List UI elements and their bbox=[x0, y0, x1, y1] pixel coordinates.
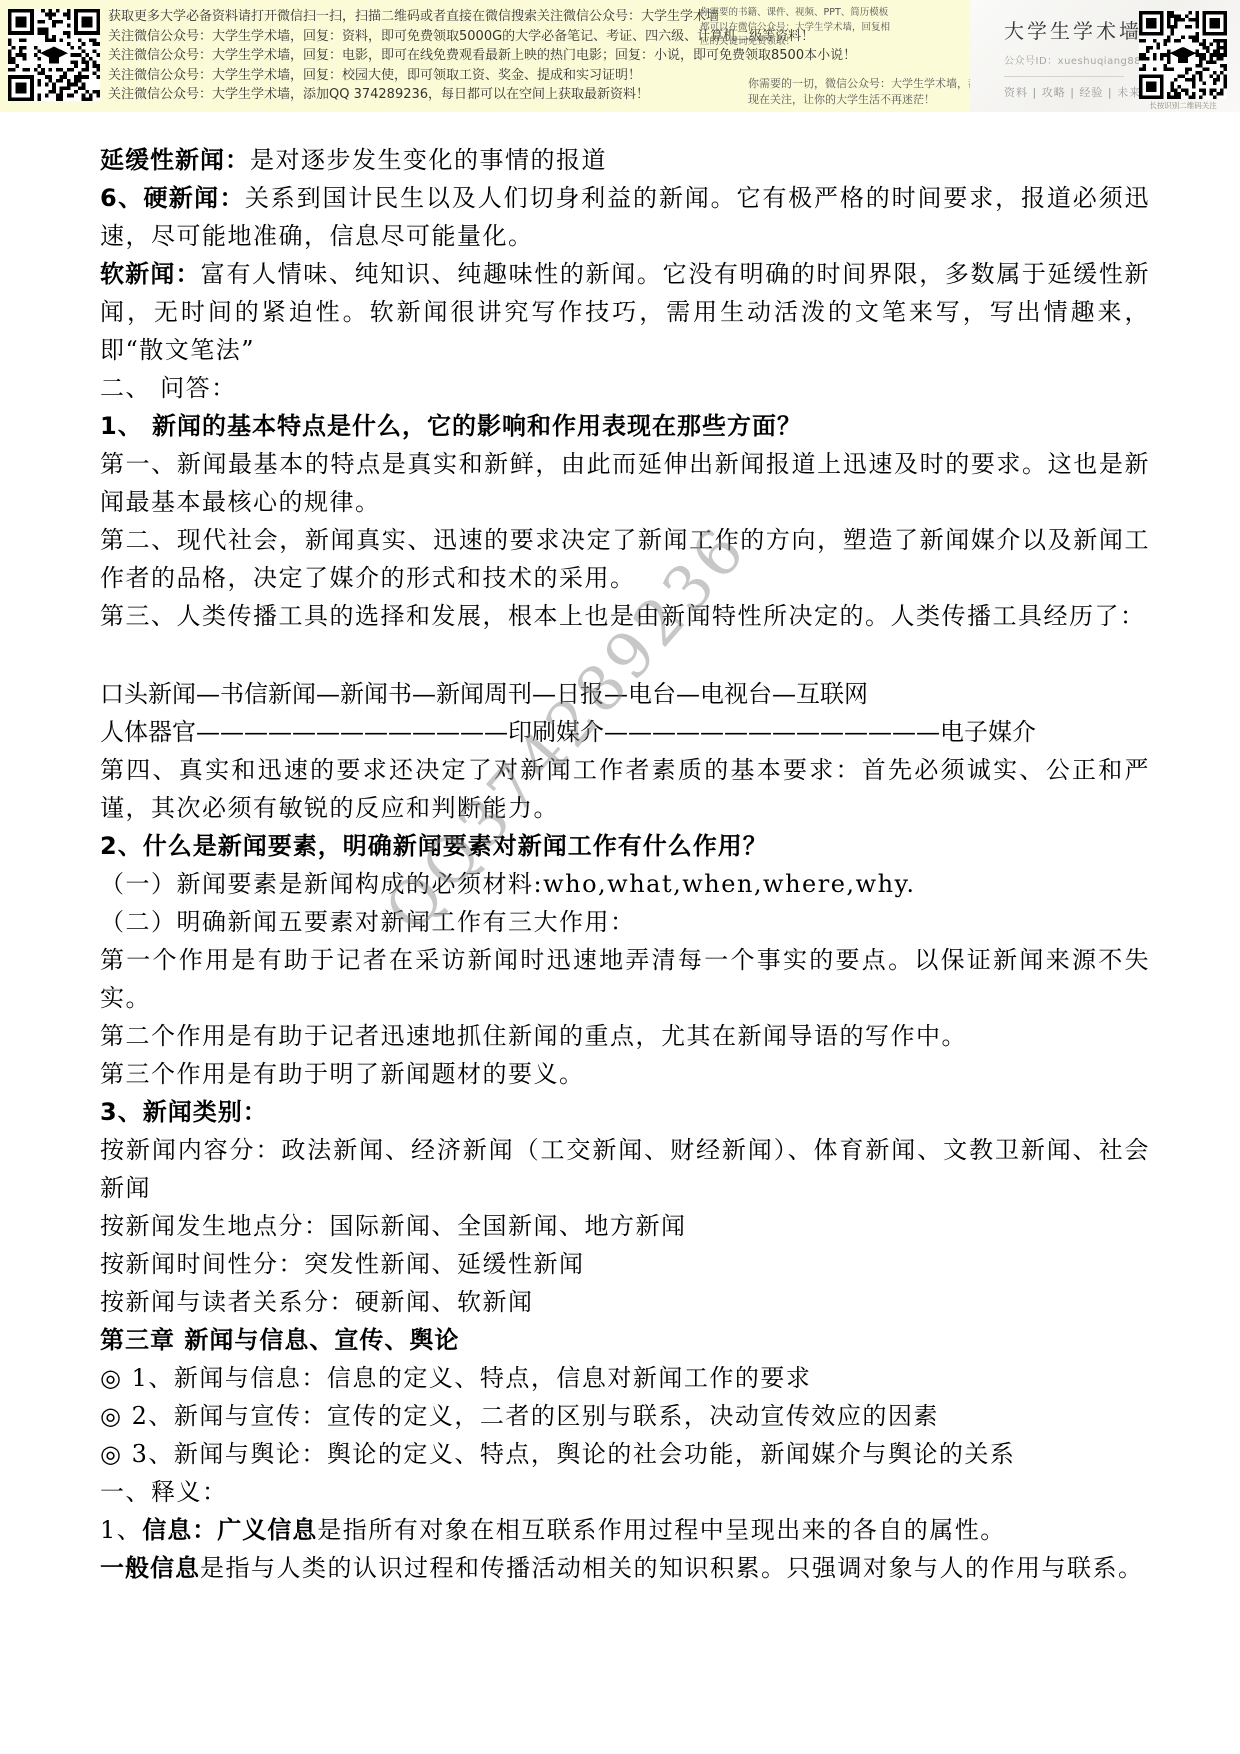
note-line: 你需要的一切，微信公众号：大学生学术墙，都有！ bbox=[748, 76, 1001, 92]
qr-code-left bbox=[8, 9, 100, 101]
qr-caption: 长按识别二维码关注 bbox=[1134, 100, 1232, 111]
paragraph: 第四、真实和迅速的要求还决定了对新闻工作者素质的基本要求：首先必须诚实、公正和严… bbox=[100, 751, 1150, 827]
body-text: 按新闻内容分：政法新闻、经济新闻（工交新闻、财经新闻）、体育新闻、文教卫新闻、社… bbox=[100, 1136, 1150, 1202]
qr-code-right bbox=[1139, 11, 1227, 99]
body-text: 是指与人类的认识过程和传播活动相关的知识积累。只强调对象与人的作用与联系。 bbox=[200, 1554, 1144, 1582]
bold-text: 信息：广义信息 bbox=[142, 1516, 317, 1544]
note-line: 现在关注，让你的大学生活不再迷茫！ bbox=[748, 92, 1001, 108]
paragraph: 第二、现代社会，新闻真实、迅速的要求决定了新闻工作的方向，塑造了新闻媒介以及新闻… bbox=[100, 521, 1150, 597]
bold-text: 软新闻： bbox=[100, 260, 201, 288]
body-text: 第四、真实和迅速的要求还决定了对新闻工作者素质的基本要求：首先必须诚实、公正和严… bbox=[100, 756, 1150, 822]
paragraph: 延缓性新闻：是对逐步发生变化的事情的报道 bbox=[100, 141, 1150, 179]
body-text: 关系到国计民生以及人们切身利益的新闻。它有极严格的时间要求，报道必须迅速，尽可能… bbox=[100, 184, 1150, 250]
paragraph-spacer bbox=[100, 635, 1150, 675]
body-text: 第三个作用是有助于明了新闻题材的要义。 bbox=[100, 1060, 585, 1088]
paragraph: 3、新闻类别： bbox=[100, 1093, 1150, 1131]
note-line: 都可以在微信公众号：大学生学术墙，回复相 bbox=[700, 21, 890, 36]
paragraph: 6、硬新闻：关系到国计民生以及人们切身利益的新闻。它有极严格的时间要求，报道必须… bbox=[100, 179, 1150, 255]
note-line: 应的关键词免费领取！ bbox=[700, 35, 890, 50]
paragraph: 2、什么是新闻要素，明确新闻要素对新闻工作有什么作用？ bbox=[100, 827, 1150, 865]
paragraph: 软新闻：富有人情味、纯知识、纯趣味性的新闻。它没有明确的时间界限，多数属于延缓性… bbox=[100, 255, 1150, 369]
paragraph: 第三、人类传播工具的选择和发展，根本上也是由新闻特性所决定的。人类传播工具经历了… bbox=[100, 597, 1150, 635]
paragraph: 二、 问答： bbox=[100, 369, 1150, 407]
body-text: 第一、新闻最基本的特点是真实和新鲜，由此而延伸出新闻报道上迅速及时的要求。这也是… bbox=[100, 450, 1150, 516]
body-text: （二）明确新闻五要素对新闻工作有三大作用： bbox=[100, 908, 636, 936]
bold-text: 3、新闻类别： bbox=[100, 1098, 268, 1126]
body-text: 按新闻与读者关系分：硬新闻、软新闻 bbox=[100, 1288, 534, 1316]
body-text: 按新闻时间性分：突发性新闻、延缓性新闻 bbox=[100, 1250, 585, 1278]
paragraph: 口头新闻—书信新闻—新闻书—新闻周刊—日报—电台—电视台—互联网 bbox=[100, 675, 1150, 713]
paragraph: 人体器官—————————————印刷媒介——————————————电子媒介 bbox=[100, 713, 1150, 751]
right-note-bottom: 你需要的一切，微信公众号：大学生学术墙，都有！现在关注，让你的大学生活不再迷茫！ bbox=[748, 76, 1001, 108]
body-text: 第三、人类传播工具的选择和发展，根本上也是由新闻特性所决定的。人类传播工具经历了… bbox=[100, 602, 1146, 630]
body-text: 口头新闻—书信新闻—新闻书—新闻周刊—日报—电台—电视台—互联网 bbox=[100, 680, 868, 708]
paragraph: 一、释义： bbox=[100, 1473, 1150, 1511]
body-text: ◎ 2、新闻与宣传：宣传的定义，二者的区别与联系，决动宣传效应的因素 bbox=[100, 1402, 939, 1430]
body-text: 第二、现代社会，新闻真实、迅速的要求决定了新闻工作的方向，塑造了新闻媒介以及新闻… bbox=[100, 526, 1150, 592]
body-text: ◎ 1、新闻与信息：信息的定义、特点，信息对新闻工作的要求 bbox=[100, 1364, 811, 1392]
paragraph: 1、信息：广义信息是指所有对象在相互联系作用过程中呈现出来的各自的属性。 bbox=[100, 1511, 1150, 1549]
document-body: 延缓性新闻：是对逐步发生变化的事情的报道6、硬新闻：关系到国计民生以及人们切身利… bbox=[100, 141, 1150, 1587]
body-text: 第二个作用是有助于记者迅速地抓住新闻的重点，尤其在新闻导语的写作中。 bbox=[100, 1022, 967, 1050]
paragraph: 第三章 新闻与信息、宣传、舆论 bbox=[100, 1321, 1150, 1359]
body-text: 富有人情味、纯知识、纯趣味性的新闻。它没有明确的时间界限，多数属于延缓性新闻，无… bbox=[100, 260, 1150, 364]
body-text: 二、 问答： bbox=[100, 374, 237, 402]
paragraph: 第一个作用是有助于记者在采访新闻时迅速地弄清每一个事实的要点。以保证新闻来源不失… bbox=[100, 941, 1150, 1017]
paragraph: 按新闻时间性分：突发性新闻、延缓性新闻 bbox=[100, 1245, 1150, 1283]
body-text: 一、释义： bbox=[100, 1478, 228, 1506]
card-divider bbox=[1004, 76, 1124, 77]
paragraph: 第三个作用是有助于明了新闻题材的要义。 bbox=[100, 1055, 1150, 1093]
paragraph: （一）新闻要素是新闻构成的必须材料:who,what,when,where,wh… bbox=[100, 865, 1150, 903]
right-note-top: 你需要的书籍、课件、视频、PPT、简历模板都可以在微信公众号：大学生学术墙，回复… bbox=[700, 6, 890, 50]
bold-text: 一般信息 bbox=[100, 1554, 200, 1582]
bold-text: 延缓性新闻： bbox=[100, 146, 250, 174]
bold-text: 1、 新闻的基本特点是什么，它的影响和作用表现在那些方面？ bbox=[100, 412, 802, 440]
document-page: 获取更多大学必备资料请打开微信扫一扫，扫描二维码或者直接在微信搜索关注微信公众号… bbox=[0, 0, 1240, 1754]
body-text: 人体器官—————————————印刷媒介——————————————电子媒介 bbox=[100, 718, 1036, 746]
promo-line: 关注微信公众号：大学生学术墙，回复：校园大使，即可领取工资、奖金、提成和实习证明… bbox=[108, 66, 856, 86]
bold-text: 6、硬新闻： bbox=[100, 184, 245, 212]
bold-text: 2、什么是新闻要素，明确新闻要素对新闻工作有什么作用？ bbox=[100, 832, 768, 860]
promo-line: 关注微信公众号：大学生学术墙，添加QQ 374289236，每日都可以在空间上获… bbox=[108, 85, 856, 105]
paragraph: ◎ 1、新闻与信息：信息的定义、特点，信息对新闻工作的要求 bbox=[100, 1359, 1150, 1397]
paragraph: 按新闻发生地点分：国际新闻、全国新闻、地方新闻 bbox=[100, 1207, 1150, 1245]
header-banner: 获取更多大学必备资料请打开微信扫一扫，扫描二维码或者直接在微信搜索关注微信公众号… bbox=[0, 0, 1240, 112]
body-text: （一）新闻要素是新闻构成的必须材料:who,what,when,where,wh… bbox=[100, 870, 916, 898]
body-text: 按新闻发生地点分：国际新闻、全国新闻、地方新闻 bbox=[100, 1212, 687, 1240]
paragraph: 1、 新闻的基本特点是什么，它的影响和作用表现在那些方面？ bbox=[100, 407, 1150, 445]
paragraph: 按新闻内容分：政法新闻、经济新闻（工交新闻、财经新闻）、体育新闻、文教卫新闻、社… bbox=[100, 1131, 1150, 1207]
body-text: 第一个作用是有助于记者在采访新闻时迅速地弄清每一个事实的要点。以保证新闻来源不失… bbox=[100, 946, 1150, 1012]
paragraph: ◎ 2、新闻与宣传：宣传的定义，二者的区别与联系，决动宣传效应的因素 bbox=[100, 1397, 1150, 1435]
paragraph: 第二个作用是有助于记者迅速地抓住新闻的重点，尤其在新闻导语的写作中。 bbox=[100, 1017, 1150, 1055]
body-text: ◎ 3、新闻与舆论：舆论的定义、特点，舆论的社会功能，新闻媒介与舆论的关系 bbox=[100, 1440, 1015, 1468]
paragraph: ◎ 3、新闻与舆论：舆论的定义、特点，舆论的社会功能，新闻媒介与舆论的关系 bbox=[100, 1435, 1150, 1473]
paragraph: （二）明确新闻五要素对新闻工作有三大作用： bbox=[100, 903, 1150, 941]
paragraph: 按新闻与读者关系分：硬新闻、软新闻 bbox=[100, 1283, 1150, 1321]
body-text: 是指所有对象在相互联系作用过程中呈现出来的各自的属性。 bbox=[317, 1516, 1006, 1544]
body-text: 是对逐步发生变化的事情的报道 bbox=[250, 146, 607, 174]
paragraph: 一般信息是指与人类的认识过程和传播活动相关的知识积累。只强调对象与人的作用与联系… bbox=[100, 1549, 1150, 1587]
body-text: 1、 bbox=[100, 1516, 142, 1544]
bold-text: 第三章 新闻与信息、宣传、舆论 bbox=[100, 1326, 459, 1354]
paragraph: 第一、新闻最基本的特点是真实和新鲜，由此而延伸出新闻报道上迅速及时的要求。这也是… bbox=[100, 445, 1150, 521]
note-line: 你需要的书籍、课件、视频、PPT、简历模板 bbox=[700, 6, 890, 21]
brand-card: 大学生学术墙 公众号ID：xueshuqiang8888 资料 | 攻略 | 经… bbox=[970, 0, 1240, 112]
